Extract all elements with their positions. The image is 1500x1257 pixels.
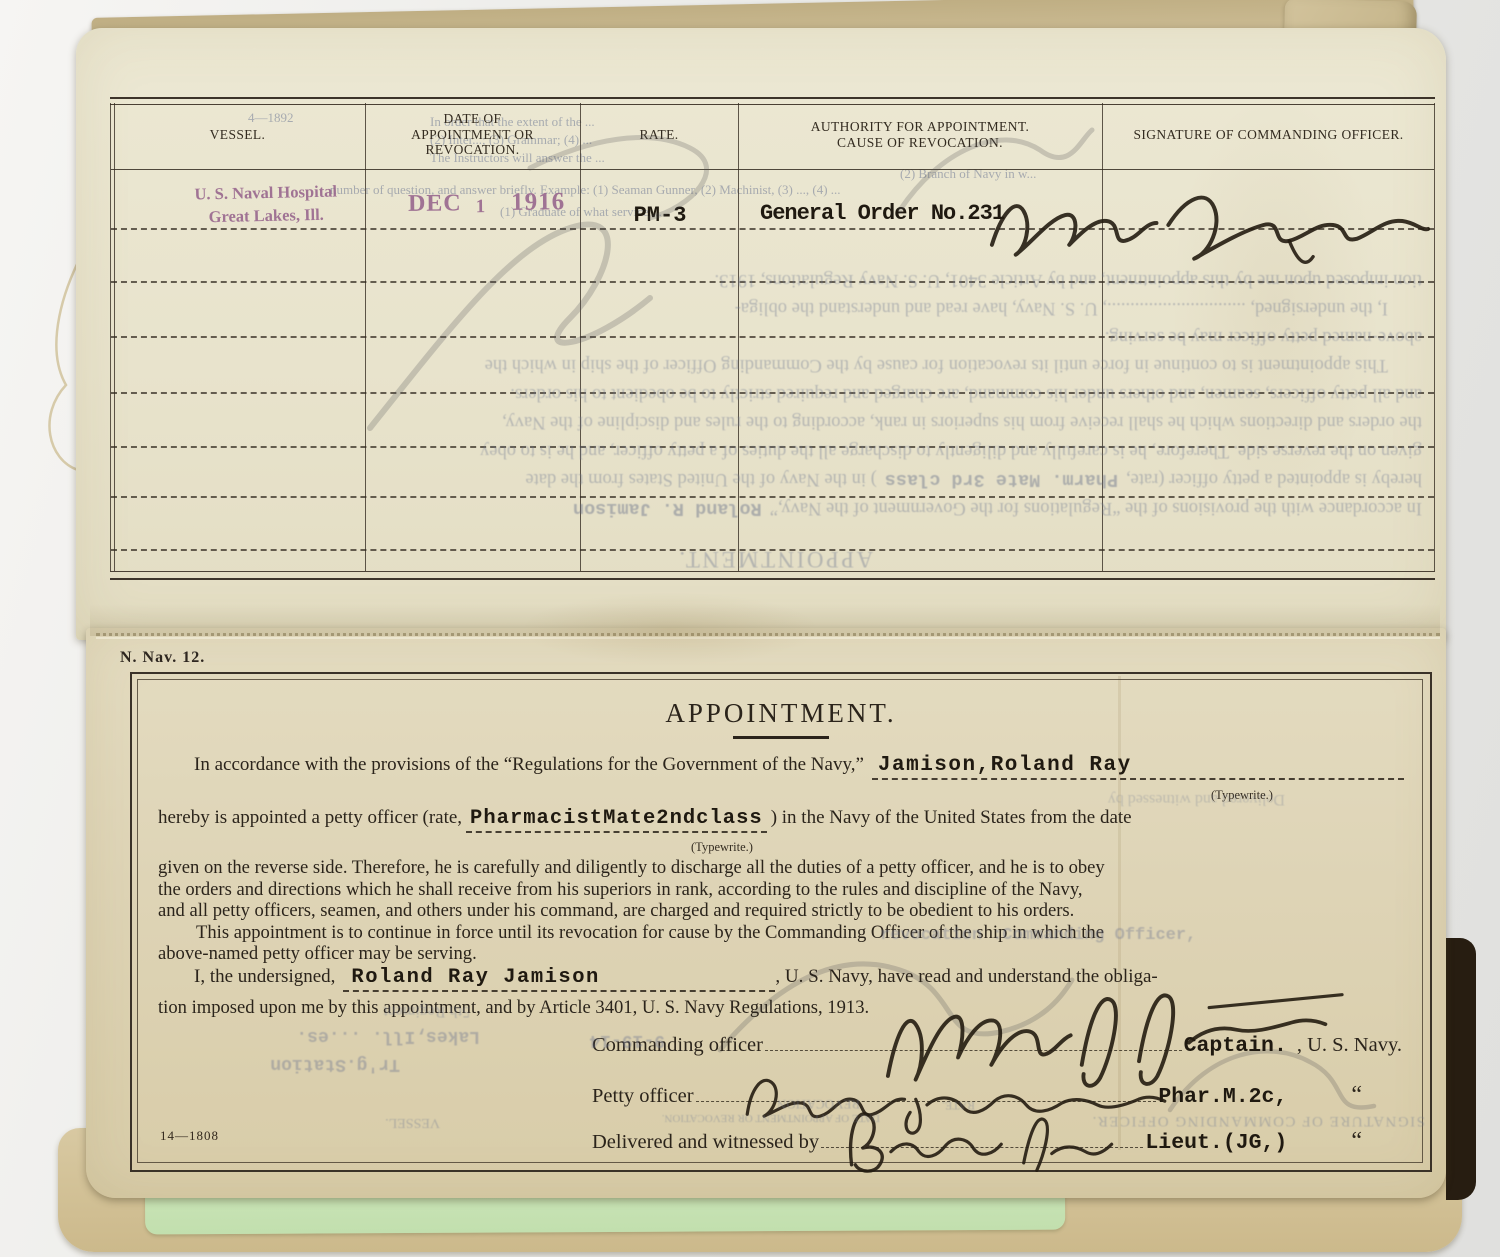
rate-text-before: hereby is appointed a petty officer (rat… <box>158 807 462 829</box>
witness-ink-signature <box>831 1094 1121 1186</box>
paragraph-rate: hereby is appointed a petty officer (rat… <box>158 807 1404 833</box>
bleedthrough-text: 5th Regiment <box>250 1002 470 1020</box>
pencil-scribble <box>880 100 1110 230</box>
signature-line <box>821 1146 1143 1148</box>
body-line: the orders and directions which he shall… <box>158 879 1406 901</box>
bleed-text: In accordance with the provisions of the… <box>770 494 1422 523</box>
form-number: N. Nav. 12. <box>120 649 205 667</box>
paragraph-duties: given on the reverse side. Therefore, he… <box>158 857 1406 965</box>
witness-row: Delivered and witnessed by Lieut.(JG,) “ <box>592 1128 1362 1155</box>
signature-column-header: SIGNATURE OF COMMANDING OFFICER. <box>1102 127 1435 143</box>
bleed-line: given on the reverse side. Therefore, he… <box>128 437 1422 466</box>
book-edge-shadow <box>1446 938 1476 1200</box>
body-line: and all petty officers, seamen, and othe… <box>158 900 1406 922</box>
ditto-mark: “ <box>1351 1082 1362 1109</box>
print-code: 14—1808 <box>160 1128 219 1144</box>
bleed-text: hereby is appointed a petty officer (rat… <box>1126 465 1422 494</box>
undersigned-text: I, the undersigned, <box>158 966 335 988</box>
row-label: Delivered and witnessed by <box>592 1131 819 1154</box>
undersigned-name-typed: Roland Ray Jamison <box>343 966 775 992</box>
pencil-scribble <box>330 108 800 438</box>
bleed-typed-name: Roland R. Jamison <box>573 494 762 523</box>
bleedthrough-text: DATE OF APPOINTMENT OR REVOCATION. <box>620 1112 880 1124</box>
bleedthrough-text: Lakes,Ill. ...es. <box>140 1026 480 1046</box>
scanned-document-page: 4—1892 In order that the extent of the .… <box>0 0 1500 1257</box>
table-bottom-rule <box>110 571 1435 580</box>
showthrough-text: revocation :Commanding Officer, <box>880 926 1300 945</box>
ditto-mark: “ <box>1351 1128 1362 1155</box>
bleedthrough-text: SIGNATURE OF COMMANDING OFFICER. <box>895 1112 1425 1129</box>
bleedthrough-text: VESSEL. <box>330 1114 440 1130</box>
table-top-rule <box>110 97 1435 105</box>
opening-text: In accordance with the provisions of the… <box>158 754 864 776</box>
bleedthrough-text: Tr'g.Station <box>150 1054 400 1074</box>
rate-typed: PharmacistMate2ndclass <box>466 807 767 833</box>
body-line: given on the reverse side. Therefore, he… <box>158 857 1406 879</box>
bleedthrough-text: RATE. <box>905 1098 975 1113</box>
bleed-text: ) in the Navy of the United States from … <box>525 465 876 494</box>
vessel-column-header: VESSEL. <box>110 127 365 143</box>
rank-typed: Phar.M.2c, <box>1158 1085 1287 1109</box>
row-label: Petty officer <box>592 1085 694 1108</box>
title-underline <box>733 736 829 739</box>
bleedthrough-text: 9-19-14 <box>545 1030 665 1050</box>
body-line: above-named petty officer may be serving… <box>158 943 1406 965</box>
bleed-typed-rate: Pharm. Mate 3rd class <box>885 465 1118 494</box>
appointee-name-typed: Jamison,Roland Ray <box>872 754 1404 780</box>
rate-text-after: ) in the Navy of the United States from … <box>771 807 1132 829</box>
form-title: APPOINTMENT. <box>132 698 1430 729</box>
paragraph-opening: In accordance with the provisions of the… <box>158 754 1404 780</box>
bleedthrough-text: REVOCATION. <box>700 1096 860 1112</box>
bleed-line: hereby is appointed a petty officer (rat… <box>128 465 1422 494</box>
signature-line <box>765 1049 1182 1051</box>
bleedthrough-text: Delivered and witnessed by <box>955 790 1285 808</box>
bleed-line: In accordance with the provisions of the… <box>128 494 1422 523</box>
commanding-officer-row: Commanding officer Captain. , U. S. Navy… <box>592 1034 1402 1058</box>
bleed-title: APPOINTMENT. <box>128 546 1422 572</box>
rank-typed: Lieut.(JG,) <box>1145 1131 1287 1155</box>
paper-stain <box>520 592 820 666</box>
typewrite-label: (Typewrite.) <box>552 840 892 855</box>
